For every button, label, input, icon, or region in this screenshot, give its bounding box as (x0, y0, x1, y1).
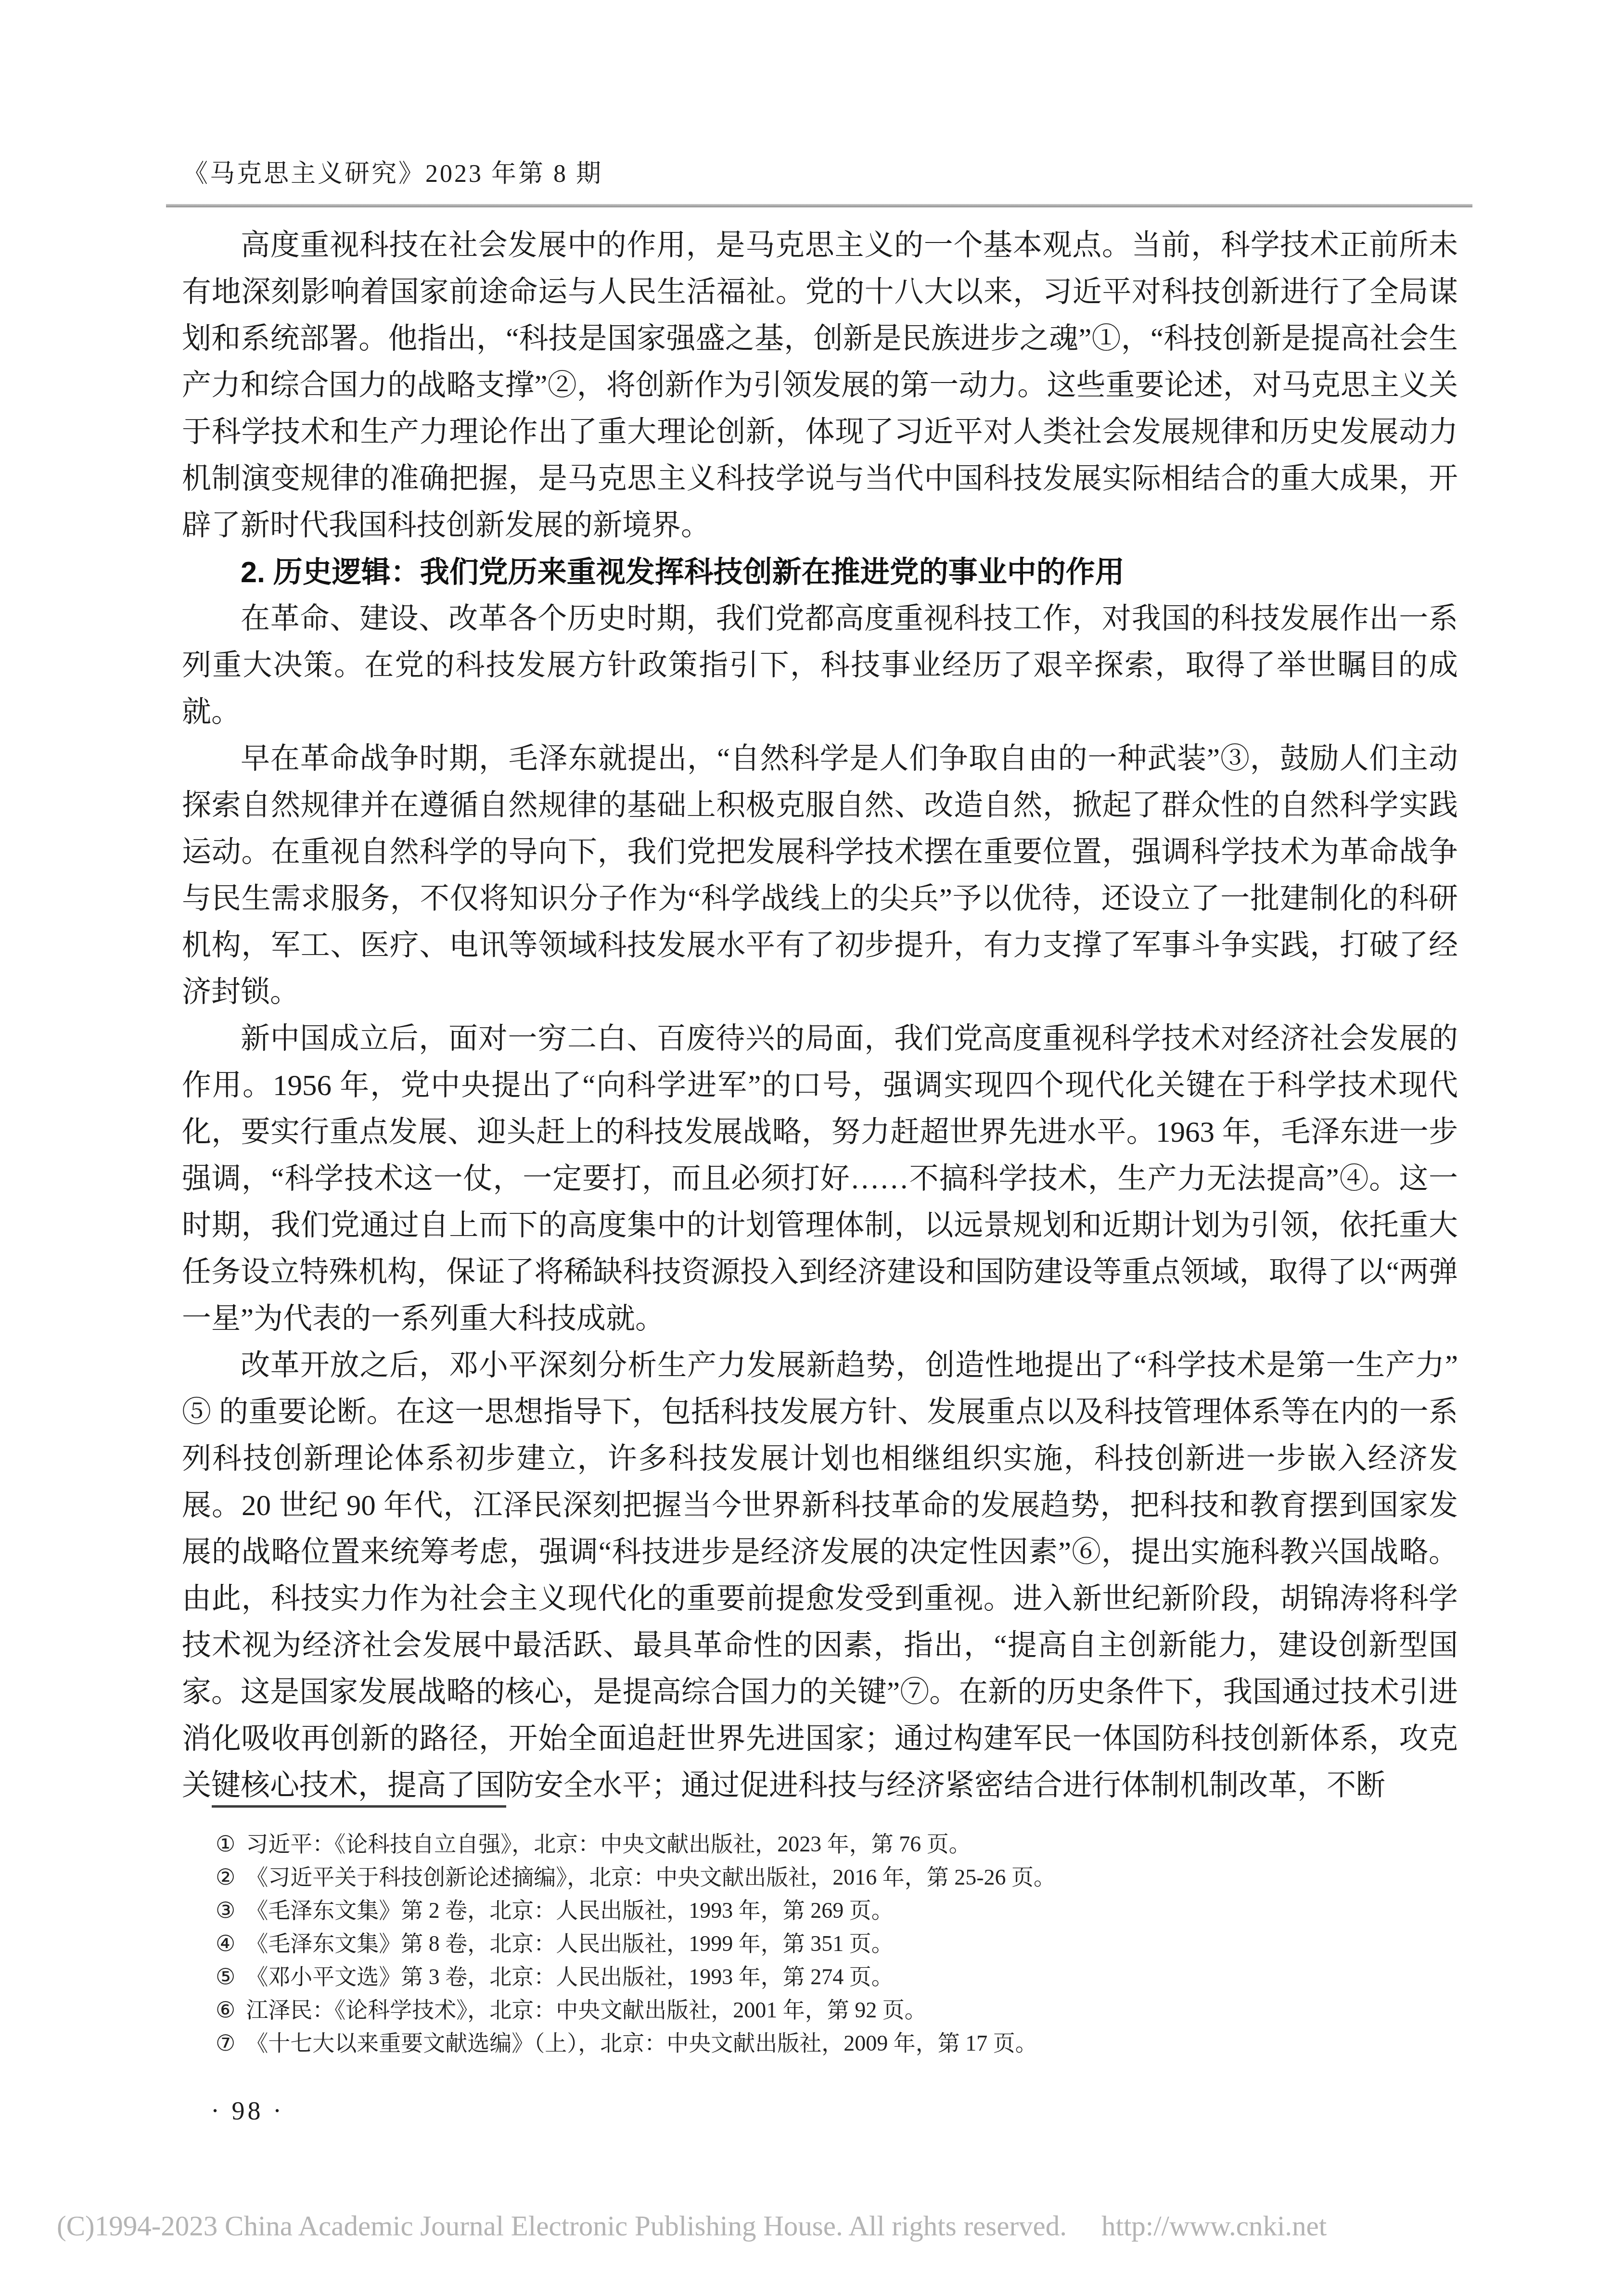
footnote-text: 江泽民：《论科学技术》，北京：中央文献出版社，2001 年，第 92 页。 (246, 1998, 927, 2022)
footnote-text: 《习近平关于科技创新论述摘编》，北京：中央文献出版社，2016 年，第 25-2… (246, 1865, 1056, 1889)
section-heading: 2. 历史逻辑：我们党历来重视发挥科技创新在推进党的事业中的作用 (182, 549, 1458, 596)
footer-copyright: (C)1994-2023 China Academic Journal Elec… (57, 2210, 1067, 2242)
journal-header: 《马克思主义研究》2023 年第 8 期 (183, 153, 603, 189)
footnote-marker: ⑤ (216, 1960, 235, 1993)
footer-url: http://www.cnki.net (1101, 2210, 1327, 2242)
footnote-item: ⑥江泽民：《论科学技术》，北京：中央文献出版社，2001 年，第 92 页。 (216, 1993, 1419, 2027)
page-number: · 98 · (211, 2096, 284, 2126)
footnote-item: ⑤《邓小平文选》第 3 卷，北京：人民出版社，1993 年，第 274 页。 (216, 1960, 1419, 1993)
paragraph-reform-era: 改革开放之后，邓小平深刻分析生产力发展新趋势，创造性地提出了“科学技术是第一生产… (182, 1342, 1458, 1809)
footnote-list: ①习近平：《论科技自立自强》，北京：中央文献出版社，2023 年，第 76 页。… (216, 1827, 1419, 2060)
header-rule (166, 204, 1472, 207)
footnote-item: ④《毛泽东文集》第 8 卷，北京：人民出版社，1999 年，第 351 页。 (216, 1927, 1419, 1960)
paragraph-new-china: 新中国成立后，面对一穷二白、百废待兴的局面，我们党高度重视科学技术对经济社会发展… (182, 1016, 1458, 1342)
footnote-text: 《毛泽东文集》第 2 卷，北京：人民出版社，1993 年，第 269 页。 (246, 1898, 894, 1923)
article-body: 高度重视科技在社会发展中的作用，是马克思主义的一个基本观点。当前，科学技术正前所… (182, 222, 1458, 1809)
footnote-text: 《邓小平文选》第 3 卷，北京：人民出版社，1993 年，第 274 页。 (246, 1964, 894, 1989)
footnote-marker: ③ (216, 1894, 235, 1927)
paragraph-overview: 在革命、建设、改革各个历史时期，我们党都高度重视科技工作，对我国的科技发展作出一… (182, 596, 1458, 736)
footnote-marker: ⑦ (216, 2027, 235, 2060)
footnote-marker: ① (216, 1827, 235, 1861)
footnote-marker: ② (216, 1861, 235, 1894)
paragraph-revolution-era: 早在革命战争时期，毛泽东就提出，“自然科学是人们争取自由的一种武装”③，鼓励人们… (182, 736, 1458, 1016)
footnote-marker: ⑥ (216, 1993, 235, 2027)
footnote-item: ②《习近平关于科技创新论述摘编》，北京：中央文献出版社，2016 年，第 25-… (216, 1861, 1419, 1894)
footnote-marker: ④ (216, 1927, 235, 1960)
footnote-text: 《十七大以来重要文献选编》（上），北京：中央文献出版社，2009 年，第 17 … (246, 2031, 1037, 2055)
paragraph-intro: 高度重视科技在社会发展中的作用，是马克思主义的一个基本观点。当前，科学技术正前所… (182, 222, 1458, 549)
footnote-item: ①习近平：《论科技自立自强》，北京：中央文献出版社，2023 年，第 76 页。 (216, 1827, 1419, 1861)
footnote-text: 习近平：《论科技自立自强》，北京：中央文献出版社，2023 年，第 76 页。 (246, 1832, 971, 1856)
scanned-paper-page: { "page": { "header": "《马克思主义研究》2023 年第 … (0, 0, 1624, 2296)
footnote-separator (212, 1805, 506, 1808)
footnote-item: ⑦《十七大以来重要文献选编》（上），北京：中央文献出版社，2009 年，第 17… (216, 2027, 1419, 2060)
footnote-text: 《毛泽东文集》第 8 卷，北京：人民出版社，1999 年，第 351 页。 (246, 1931, 894, 1956)
scan-footer: (C)1994-2023 China Academic Journal Elec… (57, 2209, 1597, 2243)
footnote-item: ③《毛泽东文集》第 2 卷，北京：人民出版社，1993 年，第 269 页。 (216, 1894, 1419, 1927)
